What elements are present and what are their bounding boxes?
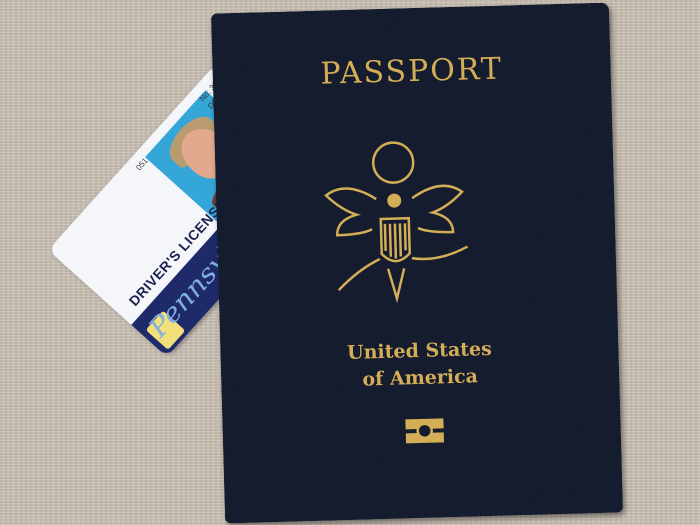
passport-cover: PASSPORT United States of America: [211, 3, 623, 524]
biometric-chip-icon: [404, 417, 445, 444]
eagle-seal-icon: [315, 136, 480, 310]
passport-title: PASSPORT: [212, 49, 611, 95]
passport-country: United States of America: [220, 332, 619, 397]
